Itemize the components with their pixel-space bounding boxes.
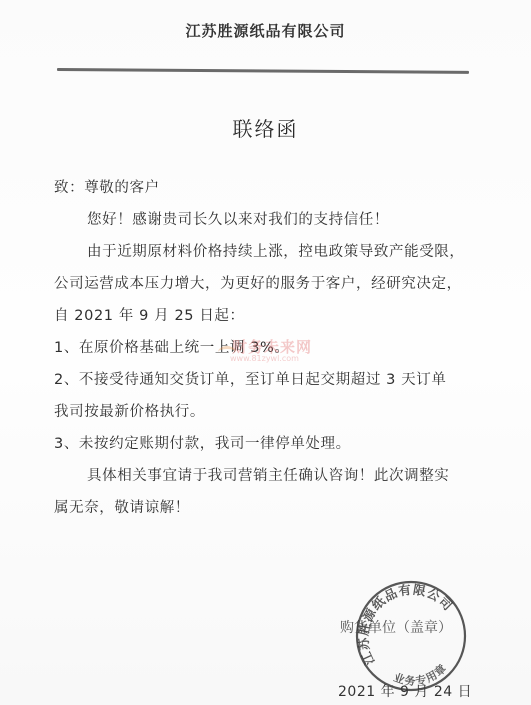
greeting-line: 致：尊敬的客户 xyxy=(54,176,160,197)
header-divider xyxy=(57,68,469,74)
body-paragraph: 公司运营成本压力增大，为更好的服务于客户，经研究决定， xyxy=(54,272,462,293)
document-title: 联络函 xyxy=(0,113,531,142)
effective-date-line: 自 2021 年 9 月 25 日起： xyxy=(54,304,245,325)
body-paragraph: 您好！感谢贵司长久以来对我们的支持信任！ xyxy=(87,208,389,229)
company-name-header: 江苏胜源纸品有限公司 xyxy=(0,20,531,41)
list-item-price-increase: 1、在原价格基础上统一上调 3%。 xyxy=(54,336,290,357)
letter-date: 2021 年 9 月 24 日 xyxy=(338,681,472,701)
signature-label: 购货单位（盖章） xyxy=(340,617,452,637)
closing-paragraph: 具体相关事宜请于我司营销主任确认咨询！此次调整实 xyxy=(87,464,449,485)
closing-paragraph-cont: 属无奈，敬请谅解！ xyxy=(54,496,190,517)
letter-page: 江苏胜源纸品有限公司 联络函 致：尊敬的客户 您好！感谢贵司长久以来对我们的支持… xyxy=(0,0,531,705)
list-item-payment-policy: 3、未按约定账期付款，我司一律停单处理。 xyxy=(54,432,351,453)
list-item-order-policy: 2、不接受待通知交货订单，至订单日起交期超过 3 天订单 xyxy=(54,368,446,389)
list-item-order-policy-cont: 我司按最新价格执行。 xyxy=(54,400,205,421)
body-paragraph: 由于近期原材料价格持续上涨，控电政策导致产能受限， xyxy=(87,240,465,261)
